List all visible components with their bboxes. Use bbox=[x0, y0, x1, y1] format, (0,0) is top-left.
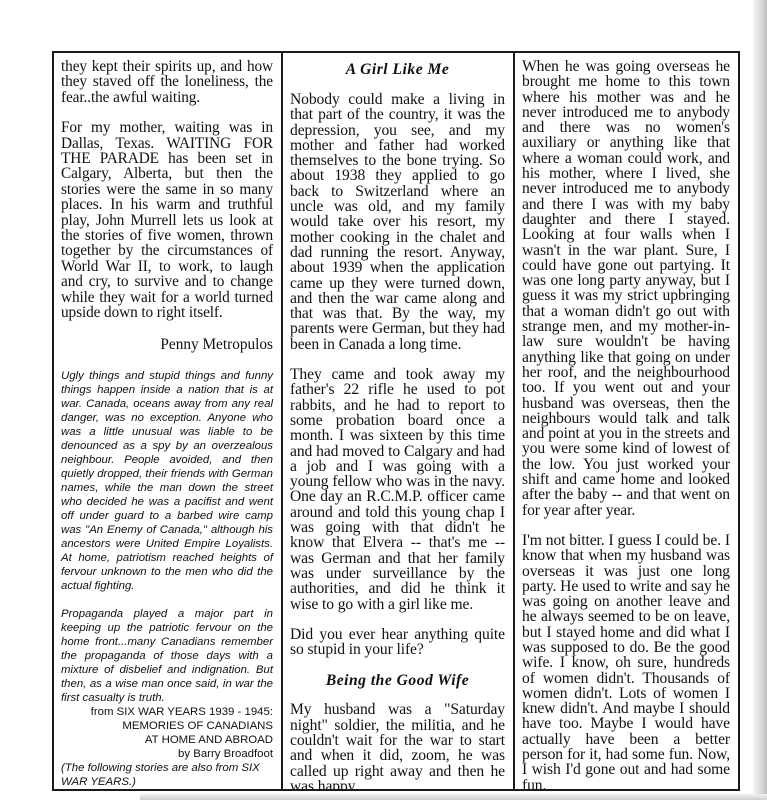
citation-line: AT HOME AND ABROAD bbox=[61, 733, 273, 747]
author-signature: Penny Metropulos bbox=[61, 336, 273, 354]
story-paragraph: When he was going overseas he brought me… bbox=[522, 59, 730, 518]
intro-paragraph: For my mother, waiting was in Dallas, Te… bbox=[61, 120, 273, 320]
column-middle: A Girl Like Me Nobody could make a livin… bbox=[283, 53, 515, 789]
page-bottom-shadow bbox=[140, 794, 767, 800]
quote-paragraph: Ugly things and stupid things and funny … bbox=[61, 369, 273, 593]
source-citation: from SIX WAR YEARS 1939 - 1945: MEMORIES… bbox=[61, 705, 273, 761]
story-paragraph: My husband was a "Saturday night" soldie… bbox=[290, 702, 505, 789]
document-page-box: they kept their spirits up, and how they… bbox=[52, 51, 740, 791]
citation-line: by Barry Broadfoot bbox=[61, 747, 273, 761]
story-heading-being-the-good-wife: Being the Good Wife bbox=[290, 672, 505, 690]
column-left: they kept their spirits up, and how they… bbox=[54, 53, 283, 789]
quote-paragraph: Propaganda played a major part in keepin… bbox=[61, 607, 273, 705]
citation-line: from SIX WAR YEARS 1939 - 1945: bbox=[61, 705, 273, 719]
page-edge-shadow bbox=[753, 0, 767, 800]
source-note: (The following stories are also from SIX… bbox=[61, 761, 273, 789]
intro-paragraph: they kept their spirits up, and how they… bbox=[61, 59, 273, 105]
story-paragraph: Did you ever hear anything quite so stup… bbox=[290, 627, 505, 658]
story-paragraph: I'm not bitter. I guess I could be. I kn… bbox=[522, 533, 730, 789]
citation-line: MEMORIES OF CANADIANS bbox=[61, 719, 273, 733]
column-right: When he was going overseas he brought me… bbox=[515, 53, 738, 789]
story-paragraph: Nobody could make a living in that part … bbox=[290, 92, 505, 352]
story-heading-a-girl-like-me: A Girl Like Me bbox=[290, 61, 505, 79]
story-paragraph: They came and took away my father's 22 r… bbox=[290, 367, 505, 612]
